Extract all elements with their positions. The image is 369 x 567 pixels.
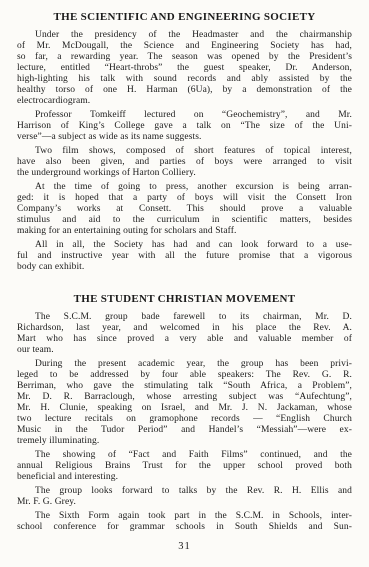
paragraph: All in all, the Society has had and can …	[17, 240, 352, 273]
text-line: Music in the Tudor Period” and Handel’s …	[17, 425, 352, 436]
text-line: of Mr. McDougall, the Science and Engine…	[17, 41, 352, 52]
text-line: Mr. F. G. Grey.	[17, 497, 352, 508]
text-line: Mr. D. R. Barraclough, whose arresting s…	[17, 392, 352, 403]
text-line: The S.C.M. group bade farewell to its ch…	[17, 312, 352, 323]
text-line: Company’s works at Consett. This should …	[17, 204, 352, 215]
article-section: THE SCIENTIFIC AND ENGINEERING SOCIETYUn…	[17, 11, 352, 273]
text-line: Under the presidency of the Headmaster a…	[17, 30, 352, 41]
section-heading: THE SCIENTIFIC AND ENGINEERING SOCIETY	[17, 11, 352, 24]
text-line: have also been given, and parties of boy…	[17, 157, 352, 168]
page-content: THE SCIENTIFIC AND ENGINEERING SOCIETYUn…	[17, 11, 352, 533]
text-line: electrocardiogram.	[17, 96, 352, 107]
text-line: our team.	[17, 345, 352, 356]
text-line: body can exhibit.	[17, 262, 352, 273]
paragraph: At the time of going to press, another e…	[17, 182, 352, 237]
text-line: Mr. H. Clunie, speaking on Israel, and M…	[17, 403, 352, 414]
text-line: Berriman, who gave the stimulating talk …	[17, 381, 352, 392]
text-line: healthy torso of one H. Harman (6Ua), by…	[17, 85, 352, 96]
text-line: the underground workings of Harton Colli…	[17, 168, 352, 179]
text-line: tremely illuminating.	[17, 436, 352, 447]
text-line: beneficial and interesting.	[17, 472, 352, 483]
text-line: two lecture recitals on gramophone recor…	[17, 414, 352, 425]
paragraph: The showing of “Fact and Faith Films” co…	[17, 450, 352, 483]
section-heading: THE STUDENT CHRISTIAN MOVEMENT	[17, 293, 352, 306]
text-line: During the present academic year, the gr…	[17, 359, 352, 370]
text-line: Professor Tomkeiff lectured on “Geochemi…	[17, 110, 352, 121]
paragraph: Under the presidency of the Headmaster a…	[17, 30, 352, 107]
paragraph: The group looks forward to talks by the …	[17, 486, 352, 508]
text-line: ful and instructive year with all the fu…	[17, 251, 352, 262]
text-line: The showing of “Fact and Faith Films” co…	[17, 450, 352, 461]
paragraph: The S.C.M. group bade farewell to its ch…	[17, 312, 352, 356]
text-line: All in all, the Society has had and can …	[17, 240, 352, 251]
text-line: ged: it is hoped that a party of boys wi…	[17, 193, 352, 204]
text-line: stimulus and aid to the curriculum in sc…	[17, 215, 352, 226]
text-line: high-lighting his talk with sound record…	[17, 74, 352, 85]
text-line: annual Religious Brains Trust for the up…	[17, 461, 352, 472]
paragraph: The Sixth Form again took part in the S.…	[17, 511, 352, 533]
paragraph: During the present academic year, the gr…	[17, 359, 352, 447]
text-line: making for an entertaining outing for sc…	[17, 226, 352, 237]
text-line: so far, a rewarding year. The season was…	[17, 52, 352, 63]
article-section: THE STUDENT CHRISTIAN MOVEMENTThe S.C.M.…	[17, 293, 352, 533]
text-line: verse”—a subject as wide as its name sug…	[17, 132, 352, 143]
text-line: The group looks forward to talks by the …	[17, 486, 352, 497]
paragraph: Professor Tomkeiff lectured on “Geochemi…	[17, 110, 352, 143]
text-line: Harrison of King’s College gave a talk o…	[17, 121, 352, 132]
text-line: Mart who has since proved a very able an…	[17, 334, 352, 345]
text-line: school conference for grammar schools in…	[17, 522, 352, 533]
text-line: The Sixth Form again took part in the S.…	[17, 511, 352, 522]
paragraph: Two film shows, composed of short featur…	[17, 146, 352, 179]
magazine-page: THE SCIENTIFIC AND ENGINEERING SOCIETYUn…	[0, 0, 369, 567]
text-line: lecture, entitled “Heart-throbs” the gue…	[17, 63, 352, 74]
text-line: leged to be addressed by four able speak…	[17, 370, 352, 381]
page-number: 31	[17, 541, 352, 552]
text-line: Richardson, last year, and welcomed in h…	[17, 323, 352, 334]
text-line: At the time of going to press, another e…	[17, 182, 352, 193]
text-line: Two film shows, composed of short featur…	[17, 146, 352, 157]
